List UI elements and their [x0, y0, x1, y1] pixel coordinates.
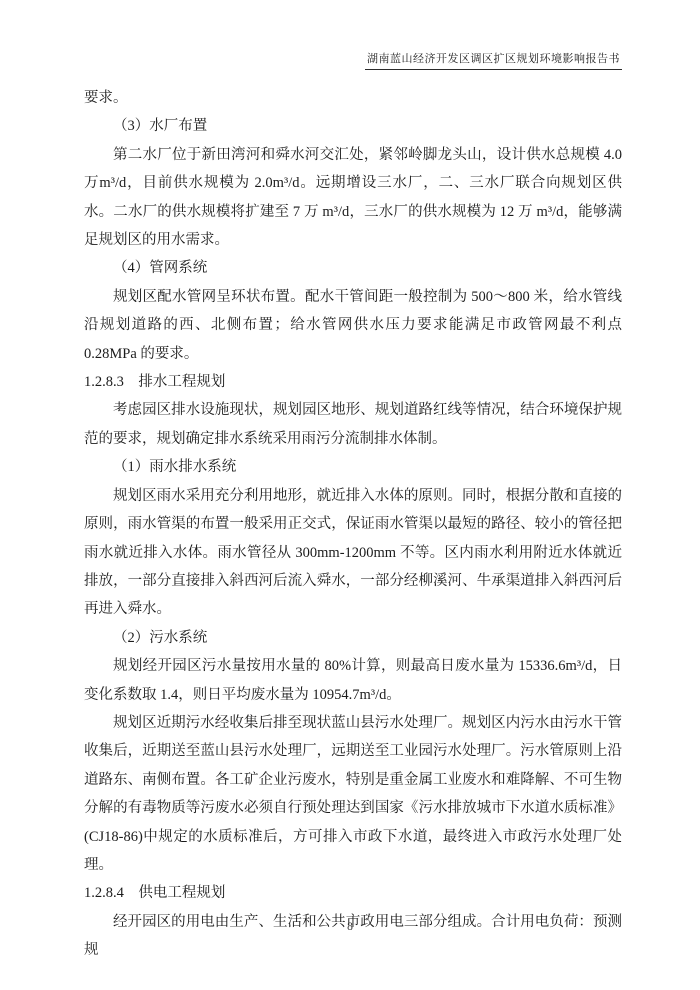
paragraph: 规划经开园区污水量按用水量的 80%计算，则最高日废水量为 15336.6m³/…	[84, 652, 622, 709]
paragraph: 第二水厂位于新田湾河和舜水河交汇处，紧邻岭脚龙头山，设计供水总规模 4.0 万m…	[84, 141, 622, 255]
paragraph: 经开园区的用电由生产、生活和公共市政用电三部分组成。合计用电负荷：预测规	[84, 908, 622, 965]
paragraph-continuation: 要求。	[84, 84, 622, 112]
section-heading-drainage: 1.2.8.3 排水工程规划	[84, 368, 622, 396]
page-header: 湖南蓝山经济开发区调区扩区规划环境影响报告书	[0, 50, 622, 70]
section-heading-power: 1.2.8.4 供电工程规划	[84, 879, 622, 907]
paragraph: 规划区配水管网呈环状布置。配水干管间距一般控制为 500～800 米，给水管线沿…	[84, 283, 622, 368]
subheading-pipe-network: （4）管网系统	[84, 254, 622, 282]
paragraph: 规划区近期污水经收集后排至现状蓝山县污水处理厂。规划区内污水由污水干管收集后，近…	[84, 709, 622, 879]
subheading-water-plant: （3）水厂布置	[84, 112, 622, 140]
document-page: 湖南蓝山经济开发区调区扩区规划环境影响报告书 要求。 （3）水厂布置 第二水厂位…	[0, 0, 700, 990]
paragraph: 考虑园区排水设施现状，规划园区地形、规划道路红线等情况，结合环境保护规范的要求，…	[84, 396, 622, 453]
page-number: 8	[347, 921, 353, 933]
document-body: 要求。 （3）水厂布置 第二水厂位于新田湾河和舜水河交汇处，紧邻岭脚龙头山，设计…	[84, 84, 622, 965]
header-title: 湖南蓝山经济开发区调区扩区规划环境影响报告书	[365, 50, 622, 70]
subheading-rainwater: （1）雨水排水系统	[84, 453, 622, 481]
subheading-sewage: （2）污水系统	[84, 624, 622, 652]
paragraph: 规划区雨水采用充分利用地形，就近排入水体的原则。同时，根据分散和直接的原则，雨水…	[84, 482, 622, 624]
page-footer: 8	[0, 921, 700, 933]
